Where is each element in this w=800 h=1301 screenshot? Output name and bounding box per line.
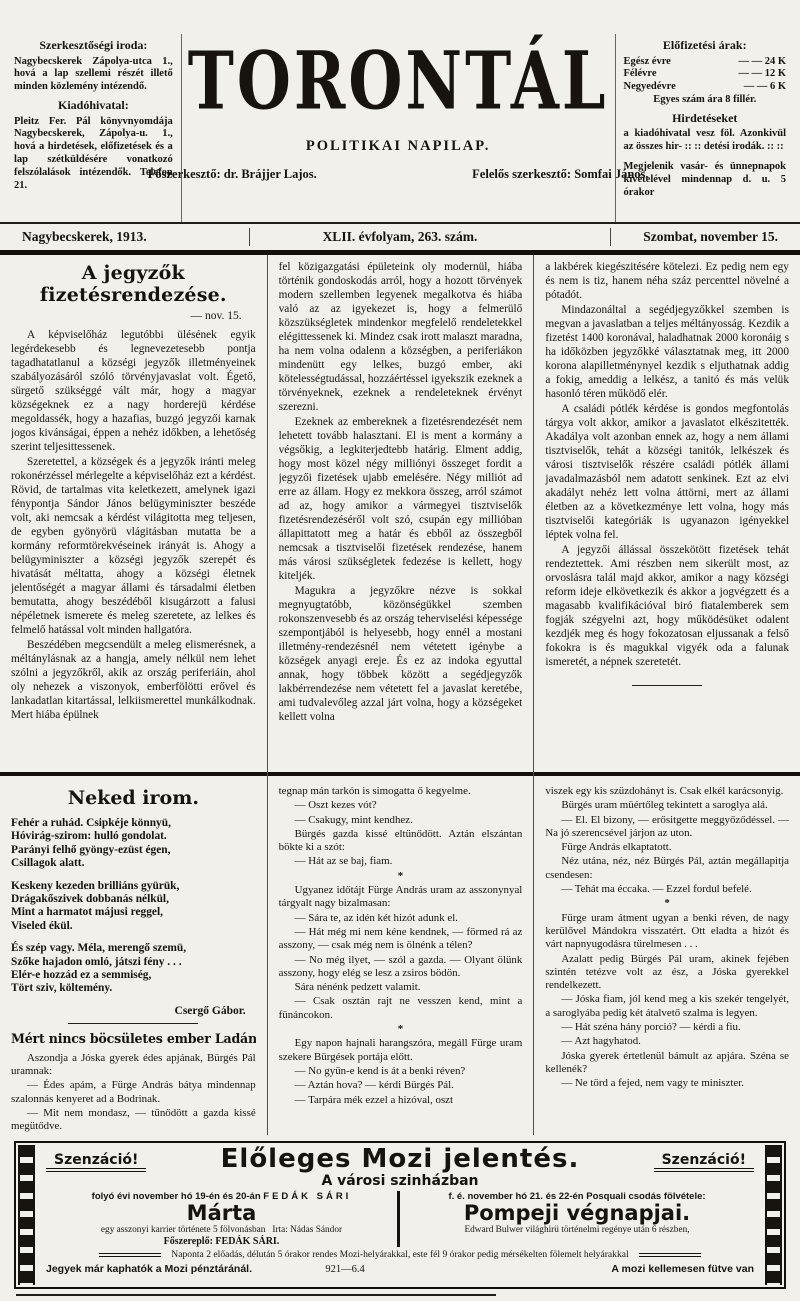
- story-paragraph: — Hát még mi nem kéne kendnek, — förmed …: [279, 926, 523, 953]
- section-divider: [68, 1023, 198, 1024]
- article-paragraph: Mindazonáltal a segédjegyzőkkel szemben …: [545, 303, 789, 401]
- column-1: A jegyzők fizetésrendezése. — nov. 15. A…: [0, 255, 267, 1135]
- poem-author: Csergő Gábor.: [11, 1005, 256, 1017]
- price-label: Egész évre: [624, 56, 671, 69]
- article-paragraph: a lakbérek kiegészitésére kötelezi. Ez p…: [545, 260, 789, 302]
- publisher-title: Kiadóhivatal:: [14, 98, 173, 113]
- story-paragraph: — Azt hagyhatod.: [545, 1035, 789, 1048]
- story-paragraph: tegnap mán tarkón is simogatta ő kegyelm…: [279, 785, 523, 798]
- newspaper-page: Szerkesztőségi iroda: Nagybecskerek Zápo…: [0, 0, 800, 1301]
- price-row: Negyedévre — — 6 K: [624, 81, 786, 94]
- article-paragraph: Szeretettel, a községek és a jegyzők irá…: [11, 455, 256, 637]
- story-paragraph: Ugyanez időtájt Fürge András uram az ass…: [279, 884, 523, 911]
- article-paragraph: A jegyzői állással összekötött fizetések…: [545, 543, 789, 669]
- ad-right-program: f. é. november hó 21. és 22-én Posquali …: [400, 1191, 754, 1247]
- column-3: a lakbérek kiegészitésére kötelezi. Ez p…: [533, 255, 800, 1135]
- story-paragraph: — Tehát ma éccaka. — Ezzel fordul befelé…: [545, 883, 789, 896]
- story-paragraph: — Csakugy, mint kendhez.: [279, 814, 523, 827]
- story-paragraph: — Sára te, az idén két hizót adunk el.: [279, 912, 523, 925]
- poem-title: Neked irom.: [11, 787, 256, 809]
- story-paragraph: Bürgés gazda kissé eltünődött. Aztán els…: [279, 828, 523, 855]
- subscription-title: Előfizetési árak:: [624, 38, 786, 53]
- story-paragraph: — No gyün-e kend is át a benki réven?: [279, 1065, 523, 1078]
- story-paragraph: — Aztán hova? — kérdi Bürgés Pál.: [279, 1079, 523, 1092]
- sensation-label-right: Szenzáció!: [654, 1151, 754, 1172]
- editorial-office-title: Szerkesztőségi iroda:: [14, 38, 173, 53]
- story-paragraph: Azalatt pedig Bürgés Pál uram, akinek fe…: [545, 953, 789, 993]
- story-paragraph: Sára nénénk pedzett valamit.: [279, 981, 523, 994]
- film-strip-decoration: [18, 1145, 35, 1285]
- story-paragraph: — Hát az se baj, fiam.: [279, 855, 523, 868]
- ad-left-star: FEDÁK SÁRI: [263, 1191, 351, 1202]
- ad-left-program: folyó évi november hó 19-én és 20-án FED…: [46, 1191, 400, 1247]
- bottom-rule: [16, 1294, 496, 1296]
- price-row: Egész évre — — 24 K: [624, 56, 786, 69]
- chief-editor: Főszerkesztő: dr. Brájjer Lajos.: [148, 167, 317, 182]
- body-columns: A jegyzők fizetésrendezése. — nov. 15. A…: [0, 255, 800, 1135]
- dateline-date: Szombat, november 15.: [643, 229, 778, 245]
- advertising-title: Hirdetéseket: [624, 111, 786, 126]
- ad-left-description: egy asszonyi karrier története 5 fölvoná…: [101, 1225, 265, 1235]
- article-end-rule: [632, 685, 702, 686]
- section-star: *: [279, 1023, 523, 1036]
- story-paragraph: Egy napon hajnali harangszóra, megáll Fü…: [279, 1037, 523, 1064]
- feuilleton-rule: [0, 772, 267, 776]
- story-paragraph: Bürgés uram müértőleg tekintett a sarogl…: [545, 799, 789, 812]
- editorial-office-text: Nagybecskerek Zápolya-utca 1., hová a la…: [14, 56, 173, 94]
- story-paragraph: — Jóska fiam, jól kend meg a kis szekér …: [545, 993, 789, 1020]
- price-value: — — 6 K: [744, 81, 786, 94]
- decorative-line: [99, 1253, 161, 1257]
- poem-stanza: Keskeny kezeden brilliáns gyürük, Drágak…: [11, 880, 256, 934]
- story-paragraph: Jóska gyerek értetlenül bámult az apjára…: [545, 1050, 789, 1077]
- ad-venue: A városi szinházban: [46, 1173, 754, 1189]
- ad-right-description: Edward Bulwer világhirü történelmi regén…: [406, 1225, 748, 1235]
- story-paragraph: Néz utána, néz, néz Bürgés Pál, aztán me…: [545, 855, 789, 882]
- publication-schedule: Megjelenik vasár- és ünnepnapok kivételé…: [624, 161, 786, 199]
- story-paragraph: — Mit nem mondasz, — tünődött a gazda ki…: [11, 1107, 256, 1134]
- feuilleton-col2: tegnap mán tarkón is simogatta ő kegyelm…: [279, 781, 523, 1135]
- advertising-note: a kiadóhivatal vesz föl. Azonkivül az ös…: [624, 128, 786, 154]
- dateline-row: Nagybecskerek, 1913. XLII. évfolyam, 263…: [0, 222, 800, 255]
- price-row: Félévre — — 12 K: [624, 68, 786, 81]
- section-star: *: [545, 897, 789, 910]
- feuilleton-rule: [534, 772, 800, 776]
- story-paragraph: — Hát széna hány porció? — kérdi a fiu.: [545, 1021, 789, 1034]
- article-paragraph: fel közigazgatási épületeink oly modernü…: [279, 260, 523, 414]
- story-paragraph: — No még ilyet, — szól a gazda. — Olyant…: [279, 954, 523, 981]
- lead-article-col3: a lakbérek kiegészitésére kötelezi. Ez p…: [545, 260, 789, 766]
- story-title: Mért nincs böcsületes ember Ladányban.: [11, 1031, 256, 1046]
- lead-article-col1: A jegyzők fizetésrendezése. — nov. 15. A…: [11, 260, 256, 766]
- subscription-box: Előfizetési árak: Egész évre — — 24 K Fé…: [615, 34, 786, 222]
- article-paragraph: Magukra a jegyzőkre nézve is sokkal megn…: [279, 584, 523, 724]
- poem-stanza: Fehér a ruhád. Csipkéje könnyü, Hóvirág-…: [11, 817, 256, 871]
- article-paragraph: A családi pótlék kérdése is gondos megfo…: [545, 402, 789, 542]
- single-copy-price: Egyes szám ára 8 fillér.: [624, 94, 786, 107]
- ad-left-author: Irta: Nádas Sándor: [272, 1225, 342, 1235]
- dateline-divider: [249, 228, 250, 246]
- story-paragraph: Fürge uram átment ugyan a benki réven, d…: [545, 912, 789, 952]
- poem-stanza: És szép vagy. Méla, merengő szemü, Szőke…: [11, 942, 256, 996]
- decorative-line: [639, 1253, 701, 1257]
- article-paragraph: Beszédében megcsendült a meleg elismerés…: [11, 638, 256, 722]
- sensation-label-left: Szenzáció!: [46, 1151, 146, 1172]
- story-paragraph: — Ne törd a fejed, nem vagy te miniszter…: [545, 1077, 789, 1090]
- ad-left-lead-role: Főszereplő: FEDÁK SÁRI.: [52, 1236, 391, 1247]
- story-paragraph: — El. El bizony, — erősitgette meggyőződ…: [545, 814, 789, 841]
- cinema-ad: Szenzáció! Előleges Mozi jelentés. Szenz…: [14, 1141, 786, 1289]
- story-paragraph: viszek egy kis szüzdohányt is. Csak elké…: [545, 785, 789, 798]
- article-paragraph: Ezeknek az embereknek a fizetésrendezésé…: [279, 415, 523, 583]
- lead-article-headline: A jegyzők fizetésrendezése.: [11, 262, 256, 306]
- price-label: Félévre: [624, 68, 657, 81]
- ad-schedule-text: Naponta 2 előadás, délután 5 órakor rend…: [171, 1249, 628, 1260]
- story-paragraph: — Oszt kezes vót?: [279, 799, 523, 812]
- dateline-divider: [610, 228, 611, 246]
- story-paragraph: Fürge András elkaptatott.: [545, 841, 789, 854]
- column-2: fel közigazgatási épületeink oly modernü…: [267, 255, 534, 1135]
- story-paragraph: — Csak osztán rajt ne vesszen kend, mint…: [279, 995, 523, 1022]
- story-paragraph: Aszondja a Jóska gyerek édes apjának, Bü…: [11, 1052, 256, 1079]
- price-value: — — 24 K: [738, 56, 786, 69]
- newspaper-title: TORONTÁL: [188, 42, 609, 121]
- masthead-center: TORONTÁL POLITIKAI NAPILAP. Főszerkesztő…: [182, 34, 615, 222]
- story-paragraph: — Tarpára mék ezzel a hizóval, oszt: [279, 1094, 523, 1107]
- feuilleton-col1: Neked irom. Fehér a ruhád. Csipkéje könn…: [11, 781, 256, 1135]
- price-value: — — 12 K: [738, 68, 786, 81]
- ad-reference-number: 921—6.4: [46, 1264, 644, 1275]
- section-star: *: [279, 870, 523, 883]
- story-paragraph: — Édes apám, a Fürge András bátya minden…: [11, 1079, 256, 1106]
- feuilleton-rule: [268, 772, 534, 776]
- ad-right-film-title: Pompeji végnapjai.: [406, 1202, 748, 1225]
- article-paragraph: A képviselőház legutóbbi ülésének egyik …: [11, 328, 256, 454]
- dateline-place: Nagybecskerek, 1913.: [22, 229, 147, 245]
- ad-left-film-title: Márta: [52, 1202, 391, 1225]
- newspaper-subtitle: POLITIKAI NAPILAP.: [188, 138, 609, 155]
- lead-article-col2: fel közigazgatási épületeink oly modernü…: [279, 260, 523, 766]
- feuilleton-col3: viszek egy kis szüzdohányt is. Csak elké…: [545, 781, 789, 1135]
- editorial-office-box: Szerkesztőségi iroda: Nagybecskerek Zápo…: [14, 34, 182, 222]
- price-label: Negyedévre: [624, 81, 676, 94]
- lead-article-dateline: — nov. 15.: [11, 310, 256, 322]
- ad-title: Előleges Mozi jelentés.: [221, 1146, 580, 1172]
- film-strip-decoration: [765, 1145, 782, 1285]
- masthead: Szerkesztőségi iroda: Nagybecskerek Zápo…: [0, 0, 800, 222]
